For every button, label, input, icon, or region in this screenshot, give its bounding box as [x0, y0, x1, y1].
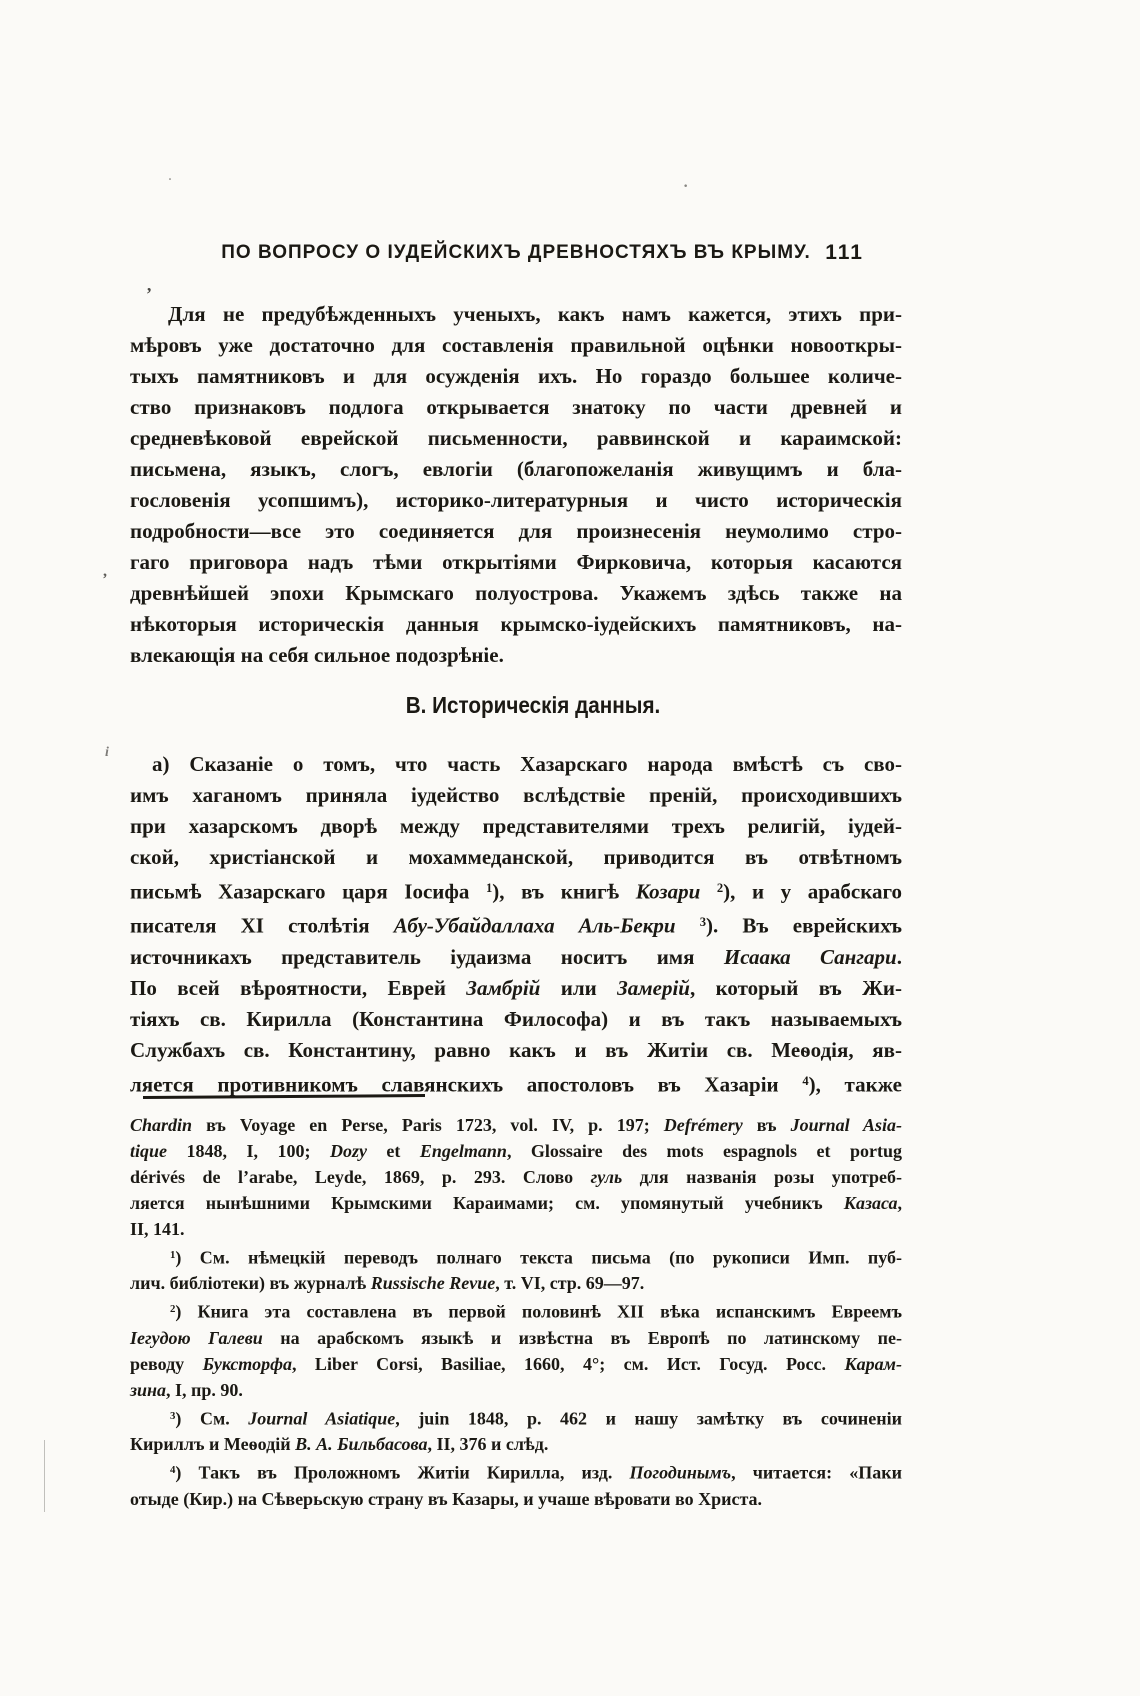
text-segment: ), также: [809, 1072, 902, 1096]
text-line: II, 141.: [130, 1216, 902, 1242]
text-segment: , juin 1848, p. 462 и нашу замѣтку въ со…: [395, 1408, 902, 1428]
text-segment: въ Voyage en Perse, Paris 1723, vol. IV,…: [192, 1115, 664, 1135]
scan-speck: i: [105, 745, 109, 761]
text-line: нѣкоторыя историческія данныя крымско-іу…: [130, 609, 902, 640]
text-segment: Для не предубѣжденныхъ ученыхъ, какъ нам…: [168, 302, 902, 326]
footnote-3: 3) См. Journal Asiatique, juin 1848, p. …: [130, 1403, 902, 1457]
text-segment: Кириллъ и Меѳодій: [130, 1434, 295, 1454]
text-segment: II, 141.: [130, 1219, 185, 1239]
text-line: Для не предубѣжденныхъ ученыхъ, какъ нам…: [130, 299, 902, 330]
text-segment: зина: [130, 1380, 166, 1400]
footnotes: Chardin въ Voyage en Perse, Paris 1723, …: [130, 1112, 902, 1512]
text-segment: источникахъ представитель іудаизма носит…: [130, 945, 724, 969]
text-line: ляется нынѣшними Крымскими Караимами; см…: [130, 1190, 902, 1216]
text-line: реводу Буксторфа, Liber Corsi, Basiliae,…: [130, 1351, 902, 1377]
text-line: 4) Такъ въ Проложномъ Житіи Кирилла, изд…: [130, 1457, 902, 1485]
text-line: тыхъ памятниковъ и для осужденія ихъ. Но…: [130, 361, 902, 392]
text-segment: при хазарскомъ дворѣ между представителя…: [130, 814, 902, 838]
text-segment: Погодинымъ: [629, 1463, 731, 1483]
text-segment: а) Сказаніе о томъ, что часть Хазарскаго…: [152, 752, 902, 776]
text-line: при хазарскомъ дворѣ между представителя…: [130, 811, 902, 842]
text-segment: имъ хаганомъ приняла іудейство вслѣдстві…: [130, 783, 902, 807]
text-segment: гаго приговора надъ тѣми открытіями Фирк…: [130, 550, 902, 574]
text-line: Службахъ св. Константину, равно какъ и в…: [130, 1035, 902, 1066]
text-line: письмена, языкъ, слогъ, евлогіи (благопо…: [130, 454, 902, 485]
text-line: влекающія на себя сильное подозрѣніе.: [130, 640, 902, 671]
text-segment: , читается: «Паки: [731, 1463, 902, 1483]
text-segment: По всей вѣроятности, Еврей: [130, 976, 466, 1000]
text-line: древнѣйшей эпохи Крымскаго полуострова. …: [130, 578, 902, 609]
text-segment: Journal Asia-: [791, 1115, 902, 1135]
text-segment: et: [367, 1141, 420, 1161]
text-line: тіяхъ св. Кирилла (Константина Философа)…: [130, 1004, 902, 1035]
text-segment: Замерій: [617, 976, 690, 1000]
text-line: письмѣ Хазарскаго царя Іосифа 1), въ кни…: [130, 873, 902, 907]
text-segment: ) См. нѣмецкій переводъ полнаго текста п…: [175, 1247, 902, 1267]
text-line: tique 1848, I, 100; Dozy et Engelmann, G…: [130, 1138, 902, 1164]
text-segment: Замбрій: [466, 976, 540, 1000]
text-line: писателя XI столѣтія Абу-Убайдаллаха Аль…: [130, 907, 902, 941]
text-segment: гуль: [591, 1167, 623, 1187]
text-segment: Казаса: [844, 1193, 898, 1213]
text-segment: подробности—все это соединяется для прои…: [130, 519, 902, 543]
text-line: Chardin въ Voyage en Perse, Paris 1723, …: [130, 1112, 902, 1138]
footnote-4: 4) Такъ въ Проложномъ Житіи Кирилла, изд…: [130, 1457, 902, 1511]
scan-speck: ·: [168, 172, 172, 187]
text-segment: отыде (Кир.) на Сѣверьскую страну въ Каз…: [130, 1489, 762, 1509]
page-number: 111: [825, 240, 864, 266]
scan-speck: ’: [146, 284, 152, 305]
text-line: 1) См. нѣмецкій переводъ полнаго текста …: [130, 1242, 902, 1270]
text-segment: , Glossaire des mots espagnols et portug: [507, 1141, 902, 1161]
paragraph-intro: Для не предубѣжденныхъ ученыхъ, какъ нам…: [130, 299, 902, 671]
text-line: dérivés de l’arabe, Leyde, 1869, p. 293.…: [130, 1164, 902, 1190]
text-line: гословенія усопшимъ), историко-литератур…: [130, 485, 902, 516]
text-segment: , II, 376 и слѣд.: [427, 1434, 548, 1454]
text-segment: ляется нынѣшними Крымскими Караимами; см…: [130, 1193, 844, 1213]
scanned-book-page: ПО ВОПРОСУ О ІУДЕЙСКИХЪ ДРЕВНОСТЯХЪ ВЪ К…: [0, 0, 1140, 1696]
text-segment: влекающія на себя сильное подозрѣніе.: [130, 643, 504, 667]
text-line: подробности—все это соединяется для прои…: [130, 516, 902, 547]
text-segment: [700, 879, 717, 903]
text-segment: tique: [130, 1141, 167, 1161]
scan-line-artifact: [44, 1440, 45, 1512]
footnote-1: 1) См. нѣмецкій переводъ полнаго текста …: [130, 1242, 902, 1296]
text-segment: ). Въ еврейскихъ: [706, 914, 902, 938]
text-segment: dérivés de l’arabe, Leyde, 1869, p. 293.…: [130, 1167, 591, 1187]
paragraph-historical-data: а) Сказаніе о томъ, что часть Хазарскаго…: [130, 749, 902, 1100]
text-segment: средневѣковой еврейской письменности, ра…: [130, 426, 902, 450]
text-segment: Іегудою Галеви: [130, 1328, 263, 1348]
text-segment: гословенія усопшимъ), историко-литератур…: [130, 488, 902, 512]
footnote-continuation: Chardin въ Voyage en Perse, Paris 1723, …: [130, 1112, 902, 1242]
text-segment: тіяхъ св. Кирилла (Константина Философа)…: [130, 1007, 902, 1031]
text-segment: Dozy: [330, 1141, 367, 1161]
text-segment: ской, христіанской и мохаммеданской, при…: [130, 845, 902, 869]
text-segment: В. А. Бильбасова: [295, 1434, 427, 1454]
text-line: зина, I, пр. 90.: [130, 1377, 902, 1403]
text-line: а) Сказаніе о томъ, что часть Хазарскаго…: [130, 749, 902, 780]
text-segment: ), въ книгѣ: [492, 879, 635, 903]
text-line: лич. библіотеки) въ журналѣ Russische Re…: [130, 1270, 902, 1296]
text-segment: Defrémery: [664, 1115, 743, 1135]
text-segment: , Liber Corsi, Basiliae, 1660, 4°; см. И…: [292, 1354, 845, 1374]
text-segment: , который въ Жи-: [690, 976, 902, 1000]
text-segment: для названія розы употреб-: [622, 1167, 902, 1187]
text-segment: нѣкоторыя историческія данныя крымско-іу…: [130, 612, 902, 636]
text-segment: Карам-: [844, 1354, 902, 1374]
text-segment: ) Такъ въ Проложномъ Житіи Кирилла, изд.: [175, 1463, 629, 1483]
text-line: По всей вѣроятности, Еврей Замбрій или З…: [130, 973, 902, 1004]
text-segment: ) Книга эта составлена въ первой половин…: [175, 1302, 902, 1322]
text-segment: на арабскомъ языкѣ и извѣстна въ Европѣ …: [263, 1328, 902, 1348]
text-line: гаго приговора надъ тѣми открытіями Фирк…: [130, 547, 902, 578]
text-segment: въ: [743, 1115, 791, 1135]
text-segment: ), и у арабскаго: [723, 879, 902, 903]
text-line: имъ хаганомъ приняла іудейство вслѣдстві…: [130, 780, 902, 811]
text-segment: реводу: [130, 1354, 203, 1374]
text-line: источникахъ представитель іудаизма носит…: [130, 942, 902, 973]
text-segment: Буксторфа: [203, 1354, 292, 1374]
text-segment: мѣровъ уже достаточно для составленія пр…: [130, 333, 902, 357]
text-segment: ство признаковъ подлога открывается знат…: [130, 395, 902, 419]
text-line: Іегудою Галеви на арабскомъ языкѣ и извѣ…: [130, 1325, 902, 1351]
text-line: ство признаковъ подлога открывается знат…: [130, 392, 902, 423]
text-segment: древнѣйшей эпохи Крымскаго полуострова. …: [130, 581, 902, 605]
text-segment: письмѣ Хазарскаго царя Іосифа: [130, 879, 486, 903]
text-line: мѣровъ уже достаточно для составленія пр…: [130, 330, 902, 361]
text-segment: Абу-Убайдаллаха Аль-Бекри: [394, 914, 676, 938]
text-line: 2) Книга эта составлена въ первой полови…: [130, 1296, 902, 1324]
text-segment: ,: [898, 1193, 903, 1213]
scan-speck: ,: [103, 563, 107, 581]
text-line: ской, христіанской и мохаммеданской, при…: [130, 842, 902, 873]
text-segment: лич. библіотеки) въ журналѣ: [130, 1273, 371, 1293]
text-line: Кириллъ и Меѳодій В. А. Бильбасова, II, …: [130, 1431, 902, 1457]
text-segment: 1848, I, 100;: [167, 1141, 330, 1161]
footnote-2: 2) Книга эта составлена въ первой полови…: [130, 1296, 902, 1402]
text-segment: .: [897, 945, 902, 969]
text-segment: , т. VI, стр. 69—97.: [495, 1273, 644, 1293]
text-segment: Engelmann: [420, 1141, 507, 1161]
text-line: 3) См. Journal Asiatique, juin 1848, p. …: [130, 1403, 902, 1431]
text-line: отыде (Кир.) на Сѣверьскую страну въ Каз…: [130, 1486, 902, 1512]
text-segment: Службахъ св. Константину, равно какъ и в…: [130, 1038, 902, 1062]
text-segment: Journal Asiatique: [248, 1408, 395, 1428]
running-head: ПО ВОПРОСУ О ІУДЕЙСКИХЪ ДРЕВНОСТЯХЪ ВЪ К…: [130, 240, 902, 266]
text-segment: письмена, языкъ, слогъ, евлогіи (благопо…: [130, 457, 902, 481]
text-segment: ляется противникомъ славянскихъ апостоло…: [130, 1072, 802, 1096]
section-heading: В. Историческія данныя.: [186, 690, 881, 720]
text-segment: , I, пр. 90.: [166, 1380, 243, 1400]
text-segment: или: [540, 976, 617, 1000]
text-segment: писателя XI столѣтія: [130, 914, 394, 938]
text-segment: Козари: [636, 879, 701, 903]
text-segment: Russische Revue: [371, 1273, 496, 1293]
text-segment: Исаака Сангари: [724, 945, 897, 969]
text-segment: Chardin: [130, 1115, 192, 1135]
scan-speck: ·: [683, 178, 688, 196]
text-segment: ) См.: [175, 1408, 248, 1428]
text-segment: тыхъ памятниковъ и для осужденія ихъ. Но…: [130, 364, 902, 388]
page-header-title: ПО ВОПРОСУ О ІУДЕЙСКИХЪ ДРЕВНОСТЯХЪ ВЪ К…: [221, 242, 811, 263]
text-segment: [676, 914, 700, 938]
text-line: средневѣковой еврейской письменности, ра…: [130, 423, 902, 454]
